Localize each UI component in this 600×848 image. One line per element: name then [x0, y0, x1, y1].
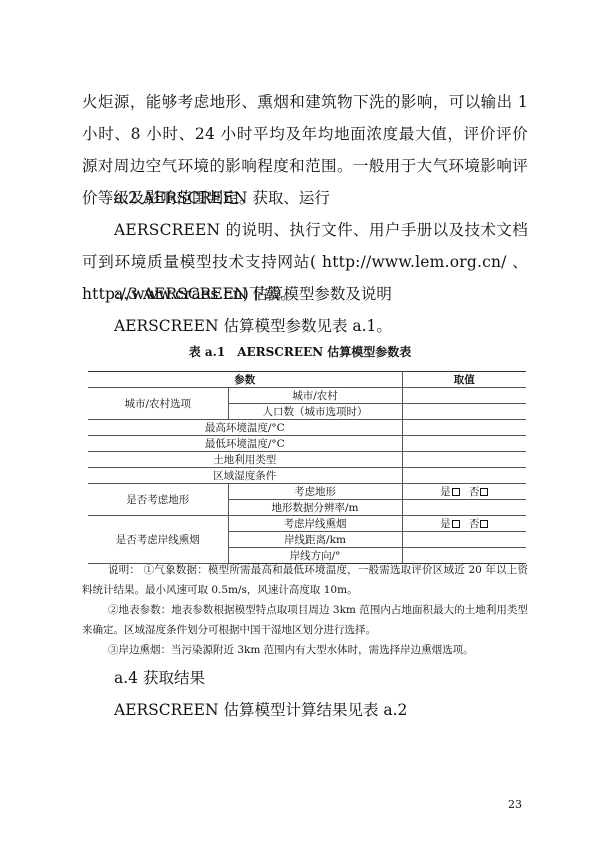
choice-no[interactable]: 否	[469, 518, 489, 530]
heading-a2: a.2 AERSCREEN 获取、运行	[114, 182, 330, 214]
table-row: 最高环境温度/°C	[88, 420, 526, 436]
table-row: 土地利用类型	[88, 452, 526, 468]
value-cell[interactable]	[402, 436, 526, 452]
value-cell-choice: 是 否	[402, 516, 526, 532]
table-row: 是否考虑地形 考虑地形 是 否	[88, 484, 526, 500]
paragraph-results-ref: AERSCREEN 估算模型计算结果见表 a.2	[114, 694, 407, 726]
heading-a3: a.3 AERSCREEN 估算模型参数及说明	[114, 278, 392, 310]
value-cell[interactable]	[402, 452, 526, 468]
value-cell[interactable]	[402, 388, 526, 404]
table-row: 最低环境温度/°C	[88, 436, 526, 452]
value-cell[interactable]	[402, 500, 526, 516]
table-notes: 说明： ①气象数据：模型所需最高和最低环境温度，一般需选取评价区域近 20 年以…	[82, 560, 528, 660]
page-number: 23	[508, 798, 522, 811]
choice-no-label: 否	[469, 486, 480, 498]
checkbox-icon[interactable]	[452, 488, 460, 496]
value-cell[interactable]	[402, 468, 526, 484]
choice-no-label: 否	[469, 518, 480, 530]
value-cell[interactable]	[402, 420, 526, 436]
row-label: 土地利用类型	[88, 452, 402, 468]
row-label: 最低环境温度/°C	[88, 436, 402, 452]
table-header-row: 参数 取值	[88, 372, 526, 388]
row-label: 岸线距离/km	[228, 532, 402, 548]
parameter-table: 参数 取值 城市/农村选项 城市/农村 人口数（城市选项时） 最高环境温度/°C…	[88, 371, 526, 564]
value-cell-choice: 是 否	[402, 484, 526, 500]
header-param: 参数	[88, 372, 402, 388]
checkbox-icon[interactable]	[480, 488, 488, 496]
choice-yes[interactable]: 是	[440, 518, 460, 530]
value-cell[interactable]	[402, 532, 526, 548]
row-label: 地形数据分辨率/m	[228, 500, 402, 516]
row-label: 区域湿度条件	[88, 468, 402, 484]
choice-yes-label: 是	[440, 486, 451, 498]
choice-yes-label: 是	[440, 518, 451, 530]
heading-a4: a.4 获取结果	[114, 662, 205, 694]
row-label: 考虑岸线熏烟	[228, 516, 402, 532]
paragraph-table-ref: AERSCREEN 估算模型参数见表 a.1。	[114, 310, 392, 342]
table-row: 城市/农村选项 城市/农村	[88, 388, 526, 404]
table-caption-number: 表 a.1	[189, 345, 225, 359]
row-label: 城市/农村	[228, 388, 402, 404]
document-page: 火炬源，能够考虑地形、熏烟和建筑物下洗的影响，可以输出 1 小时、8 小时、24…	[0, 0, 600, 848]
row-label: 人口数（城市选项时）	[228, 404, 402, 420]
checkbox-icon[interactable]	[452, 520, 460, 528]
row-group-shoreline: 是否考虑岸线熏烟	[88, 516, 228, 564]
checkbox-icon[interactable]	[480, 520, 488, 528]
table-caption: 表 a.1AERSCREEN 估算模型参数表	[0, 343, 600, 361]
choice-yes[interactable]: 是	[440, 486, 460, 498]
note-surface: ②地表参数：地表参数根据模型特点取项目周边 3km 范围内占地面积最大的土地利用…	[82, 600, 528, 640]
row-group-terrain: 是否考虑地形	[88, 484, 228, 516]
header-value: 取值	[402, 372, 526, 388]
table-row: 是否考虑岸线熏烟 考虑岸线熏烟 是 否	[88, 516, 526, 532]
note-shoreline: ③岸边熏烟：当污染源附近 3km 范围内有大型水体时，需选择岸边熏烟选项。	[82, 640, 528, 660]
row-label: 最高环境温度/°C	[88, 420, 402, 436]
note-meteorology: 说明： ①气象数据：模型所需最高和最低环境温度，一般需选取评价区域近 20 年以…	[82, 560, 528, 600]
row-label: 考虑地形	[228, 484, 402, 500]
table-row: 区域湿度条件	[88, 468, 526, 484]
choice-no[interactable]: 否	[469, 486, 489, 498]
table-caption-title: AERSCREEN 估算模型参数表	[237, 345, 411, 359]
row-group-urban: 城市/农村选项	[88, 388, 228, 420]
value-cell[interactable]	[402, 404, 526, 420]
